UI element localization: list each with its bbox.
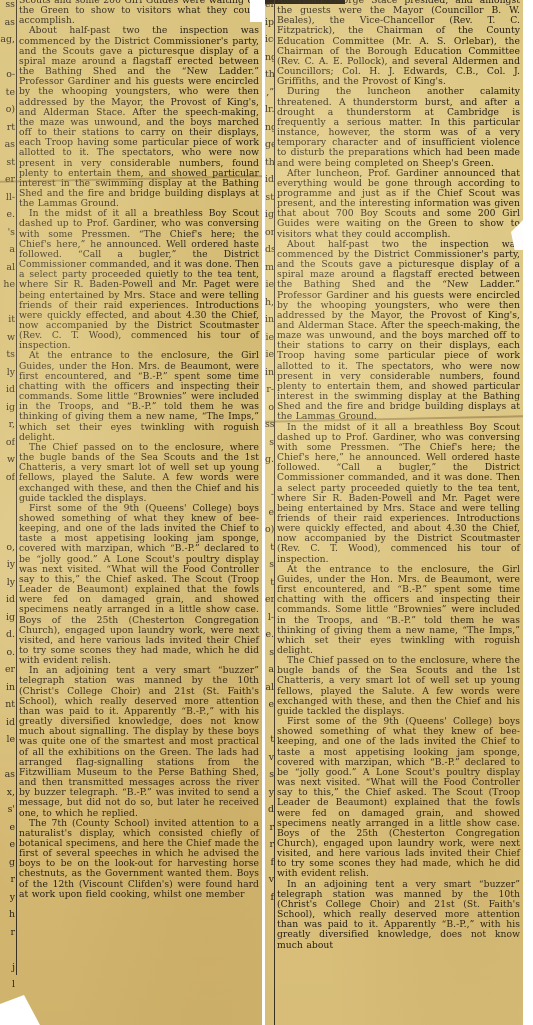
sliver-line: w — [0, 333, 15, 351]
sliver-line: d — [265, 805, 274, 823]
sliver-line: r — [0, 875, 15, 893]
sliver-line: of — [0, 438, 15, 456]
article-paragraph: In an adjoining tent a very smart “buzze… — [19, 666, 259, 818]
sliver-line: t — [265, 735, 274, 753]
sliver-line: s — [265, 648, 274, 666]
sliver-line: in — [265, 315, 274, 333]
sliver-line: iy — [0, 560, 15, 578]
sliver-line: rt — [0, 123, 15, 141]
sliver-line: y — [0, 893, 15, 911]
sliver-line: th — [265, 70, 274, 88]
sliver-line: le — [0, 735, 15, 753]
sliver-line: e. — [265, 630, 274, 648]
sliver-line — [0, 753, 15, 771]
sliver-line: nt — [0, 700, 15, 718]
sliver-line: ds — [265, 245, 274, 263]
sliver-line: ll- — [0, 193, 15, 211]
sliver-line: id — [0, 718, 15, 736]
sliver-line: ie — [265, 280, 274, 298]
sliver-line: id — [0, 595, 15, 613]
sliver-line: o. — [0, 648, 15, 666]
sliver-line: f — [265, 858, 274, 876]
sliver-line: ice — [265, 35, 274, 53]
sliver-line: as — [0, 18, 15, 36]
sliver-line: in — [265, 368, 274, 386]
sliver-line: v — [265, 875, 274, 893]
sliver-line: s — [265, 560, 274, 578]
sliver-line: as — [0, 140, 15, 158]
article-paragraph: At the entrance to the enclosure, the Gi… — [277, 565, 520, 656]
sliver-line: o) — [265, 525, 274, 543]
sliver-line: ag, — [0, 35, 15, 53]
sliver-line: t — [265, 578, 274, 596]
sliver-line: al — [0, 263, 15, 281]
article-paragraph: First some of the 9th (Queens' College) … — [277, 717, 520, 880]
sliver-line: th — [265, 158, 274, 176]
sliver-line: s — [265, 438, 274, 456]
sliver-line: ly — [0, 578, 15, 596]
sliver-line: r — [0, 928, 15, 946]
sliver-line: ip- — [265, 18, 274, 36]
article-paragraph: During the luncheon another calamity thr… — [277, 87, 520, 168]
sliver-line: r, — [0, 420, 15, 438]
article-paragraph: Scouts and some 200 Girl Guides were wai… — [19, 0, 259, 26]
sliver-line: ,” — [265, 88, 274, 106]
sliver-line: g — [0, 858, 15, 876]
sliver-line: id — [0, 385, 15, 403]
sliver-line: on — [265, 228, 274, 246]
sliver-line: o) — [0, 105, 15, 123]
sliver-line: id — [265, 175, 274, 193]
sliver-line: ng — [265, 123, 274, 141]
sliver-line — [0, 298, 15, 316]
sliver-line: - — [265, 490, 274, 508]
sliver-line: he — [0, 280, 15, 298]
clipping-strip-right: erip-icength,”lr.nggethidstigondsmieh,in… — [265, 0, 523, 1025]
article-paragraph: First some of the 9th (Queens' College) … — [19, 504, 259, 667]
column-rule — [274, 0, 275, 1025]
clipping-strip-left: ssasag,o-teo)rtassterll-e.'saalheitwtsly… — [0, 0, 262, 1025]
article-column-right: Alderman George Stace presided, and amon… — [277, 0, 520, 951]
sliver-line — [0, 490, 15, 508]
sliver-line: e — [0, 840, 15, 858]
article-paragraph: About half-past two the inspection was c… — [19, 26, 259, 209]
article-column-left: Scouts and some 200 Girl Guides were wai… — [19, 0, 259, 900]
sliver-line: a — [0, 245, 15, 263]
torn-edge — [250, 0, 262, 22]
sliver-line — [0, 525, 15, 543]
sliver-line: ng — [265, 53, 274, 71]
sliver-line: j — [0, 963, 15, 981]
sliver-line: m — [265, 263, 274, 281]
sliver-line: al — [265, 683, 274, 701]
sliver-line: g. — [265, 455, 274, 473]
sliver-line: a — [265, 665, 274, 683]
sliver-line: ly — [0, 368, 15, 386]
sliver-line: o, — [0, 543, 15, 561]
article-paragraph: The Chief passed on to the enclosure, wh… — [19, 443, 259, 504]
previous-column-sliver: ssasag,o-teo)rtassterll-e.'saalheitwtsly… — [0, 0, 15, 1025]
sliver-line: ts — [0, 350, 15, 368]
sliver-line: er — [265, 595, 274, 613]
sliver-line: ie — [265, 350, 274, 368]
article-paragraph: The 7th (County School) invited attentio… — [19, 819, 259, 900]
sliver-line: 's — [0, 228, 15, 246]
article-paragraph: In an adjoining tent a very smart “buzze… — [277, 880, 520, 951]
sliver-line — [265, 473, 274, 491]
sliver-line: e — [0, 823, 15, 841]
sliver-line: s — [265, 770, 274, 788]
sliver-line: as — [0, 770, 15, 788]
sliver-line — [265, 718, 274, 736]
sliver-line: in — [0, 683, 15, 701]
sliver-line: l- — [265, 613, 274, 631]
sliver-line — [0, 508, 15, 526]
article-paragraph: At the entrance to the enclosure, the Gi… — [19, 351, 259, 442]
sliver-line: r- — [265, 385, 274, 403]
sliver-line: v — [265, 753, 274, 771]
sliver-line: t — [265, 543, 274, 561]
sliver-line: d. — [0, 630, 15, 648]
sliver-line: te — [0, 88, 15, 106]
sliver-line: l — [0, 980, 15, 998]
article-paragraph: In the midst of it all a breathless Boy … — [19, 209, 259, 351]
sliver-line: ie — [265, 333, 274, 351]
sliver-line: x, — [0, 788, 15, 806]
sliver-line: r — [265, 840, 274, 858]
previous-column-sliver: erip-icength,”lr.nggethidstigondsmieh,in… — [265, 0, 274, 1025]
sliver-line: h, — [265, 298, 274, 316]
sliver-line: st — [0, 158, 15, 176]
sliver-line: er — [0, 175, 15, 193]
article-paragraph: Alderman George Stace presided, and amon… — [277, 0, 520, 87]
sliver-line: f — [265, 893, 274, 911]
sliver-line: lr. — [265, 105, 274, 123]
sliver-line: e — [265, 508, 274, 526]
article-paragraph: In the midst of it all a breathless Boy … — [277, 423, 520, 565]
sliver-line: y — [265, 788, 274, 806]
article-paragraph: After luncheon, Prof. Gardiner announced… — [277, 169, 520, 240]
sliver-line: of — [0, 473, 15, 491]
article-paragraph: About half-past two the inspection was c… — [277, 240, 520, 423]
sliver-line: st — [265, 193, 274, 211]
sliver-line: w — [0, 455, 15, 473]
sliver-line: e. — [0, 210, 15, 228]
sliver-line: ig — [0, 403, 15, 421]
sliver-line: ss — [0, 0, 15, 18]
sliver-line — [0, 945, 15, 963]
sliver-line: r — [265, 823, 274, 841]
sliver-line: ig — [265, 210, 274, 228]
sliver-line: er — [265, 0, 274, 18]
column-rule — [16, 0, 17, 975]
sliver-line: ge — [265, 140, 274, 158]
sliver-line: e — [265, 700, 274, 718]
sliver-line: h — [0, 910, 15, 928]
sliver-line: o- — [0, 70, 15, 88]
sliver-line: it — [0, 315, 15, 333]
sliver-line — [0, 53, 15, 71]
sliver-line: er — [0, 665, 15, 683]
sliver-line: ig — [0, 613, 15, 631]
sliver-line: s' — [0, 805, 15, 823]
article-paragraph: The Chief passed on to the enclosure, wh… — [277, 656, 520, 717]
sliver-line: o — [265, 403, 274, 421]
